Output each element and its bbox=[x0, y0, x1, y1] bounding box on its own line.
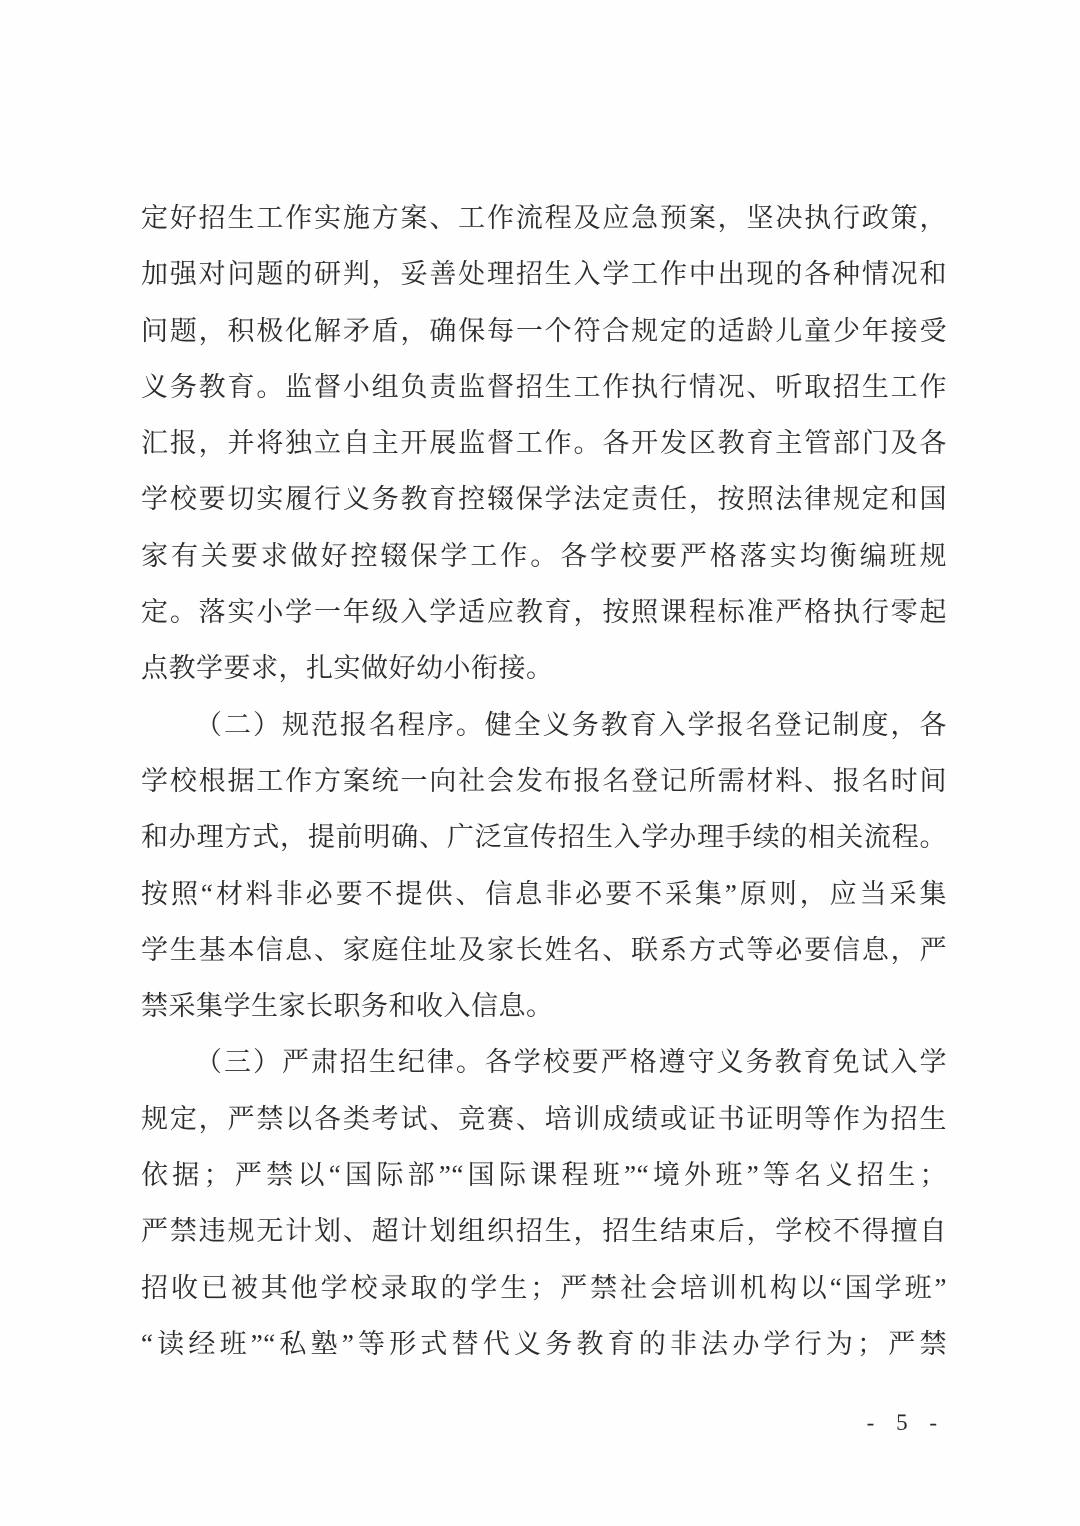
text-line: 严禁违规无计划、超计划组织招生，招生结束后，学校不得擅自 bbox=[141, 1203, 947, 1259]
text-line: 家有关要求做好控辍保学工作。各学校要严格落实均衡编班规 bbox=[141, 528, 947, 584]
text-line: 点教学要求，扎实做好幼小衔接。 bbox=[141, 640, 947, 696]
text-line-section-heading: （二）规范报名程序。健全义务教育入学报名登记制度，各 bbox=[141, 697, 947, 753]
text-line: 定。落实小学一年级入学适应教育，按照课程标准严格执行零起 bbox=[141, 584, 947, 640]
text-line-section-heading: （三）严肃招生纪律。各学校要严格遵守义务教育免试入学 bbox=[141, 1034, 947, 1090]
page-footer: - 5 - bbox=[867, 1410, 945, 1436]
text-line: 招收已被其他学校录取的学生；严禁社会培训机构以“国学班” bbox=[141, 1260, 947, 1316]
text-line: 汇报，并将独立自主开展监督工作。各开发区教育主管部门及各 bbox=[141, 415, 947, 471]
text-line: 定好招生工作实施方案、工作流程及应急预案，坚决执行政策， bbox=[141, 190, 947, 246]
text-line: 依据；严禁以“国际部”“国际课程班”“境外班”等名义招生； bbox=[141, 1147, 947, 1203]
text-line: 规定，严禁以各类考试、竞赛、培训成绩或证书证明等作为招生 bbox=[141, 1091, 947, 1147]
text-line: 学校要切实履行义务教育控辍保学法定责任，按照法律规定和国 bbox=[141, 471, 947, 527]
text-line: 问题，积极化解矛盾，确保每一个符合规定的适龄儿童少年接受 bbox=[141, 303, 947, 359]
text-line: “读经班”“私塾”等形式替代义务教育的非法办学行为；严禁 bbox=[141, 1316, 947, 1372]
document-page: 定好招生工作实施方案、工作流程及应急预案，坚决执行政策， 加强对问题的研判，妥善… bbox=[0, 0, 1080, 1526]
text-line: 和办理方式，提前明确、广泛宣传招生入学办理手续的相关流程。 bbox=[141, 809, 947, 865]
page-number: - 5 - bbox=[867, 1410, 945, 1435]
document-body: 定好招生工作实施方案、工作流程及应急预案，坚决执行政策， 加强对问题的研判，妥善… bbox=[141, 190, 947, 1372]
text-line: 按照“材料非必要不提供、信息非必要不采集”原则，应当采集 bbox=[141, 866, 947, 922]
text-line: 加强对问题的研判，妥善处理招生入学工作中出现的各种情况和 bbox=[141, 246, 947, 302]
text-line: 学校根据工作方案统一向社会发布报名登记所需材料、报名时间 bbox=[141, 753, 947, 809]
text-line: 学生基本信息、家庭住址及家长姓名、联系方式等必要信息，严 bbox=[141, 922, 947, 978]
text-line: 禁采集学生家长职务和收入信息。 bbox=[141, 978, 947, 1034]
text-line: 义务教育。监督小组负责监督招生工作执行情况、听取招生工作 bbox=[141, 359, 947, 415]
